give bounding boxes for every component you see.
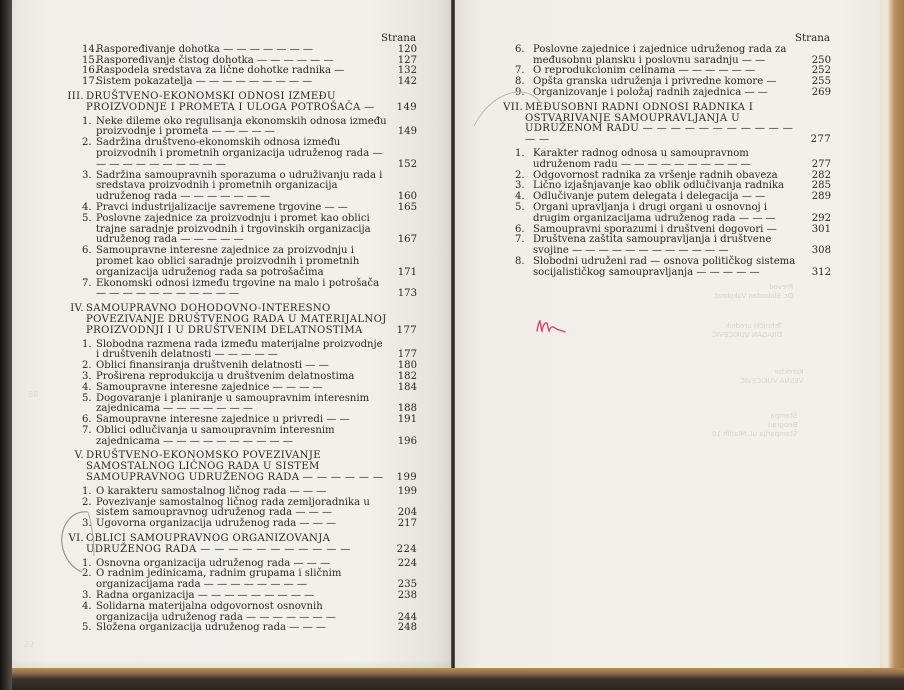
entry-page-number: 173 <box>387 289 417 300</box>
entry-page-number: 248 <box>387 623 417 634</box>
entry-title: Neke dileme oko regulisanja ekonomskih o… <box>96 117 387 139</box>
handwritten-mark-icon <box>535 317 567 337</box>
bleed-through-number: 22 <box>24 640 34 649</box>
toc-section-entry: 2.Povezivanje samostalnog ličnog rada ze… <box>62 498 417 520</box>
bleed-through-text: PrevodDr. Slobodan Vukobrat <box>715 283 793 301</box>
entry-title: Ekonomski odnosi između trgovine na malo… <box>96 279 387 301</box>
entry-title: Solidarna materijalna odgovornost osnovn… <box>96 602 387 624</box>
entry-page-number: 165 <box>387 203 417 214</box>
toc-chapter-entry: VII.MEĐUSOBNI RADNI ODNOSI RADNIKA I OST… <box>505 103 831 146</box>
entry-title: OBLICI SAMOUPRAVNOG ORGANIZOVANJA UDRUŽE… <box>86 534 387 556</box>
toc-section-entry: 7.Oblici odlučivanja u samoupravnim inte… <box>62 426 417 448</box>
entry-page-number: 277 <box>801 160 831 171</box>
entry-page-number: 142 <box>387 77 417 88</box>
toc-section-entry: 2.Sadržina društveno-ekonomskih odnosa i… <box>62 138 417 170</box>
entry-number: IV. <box>50 304 84 315</box>
entry-title: Sadržina samoupravnih sporazuma o udruži… <box>96 171 387 203</box>
entry-title: Slobodni udruženi rad — osnova političko… <box>533 257 801 279</box>
entry-title: Slobodna razmena rada između materijalne… <box>96 340 387 362</box>
entry-title: Dogovaranje i planiranje u samoupravnim … <box>96 394 387 416</box>
entry-number: III. <box>50 92 84 103</box>
toc-section-entry: 6.Samoupravne interesne zajednice za pro… <box>62 246 417 278</box>
entry-title: DRUŠTVENO-EKONOMSKI ODNOSI IZMEĐU PROIZV… <box>86 92 387 114</box>
entry-page-number: 301 <box>801 225 831 236</box>
entry-page-number: 199 <box>387 487 417 498</box>
toc-chapter-entry: V.DRUŠTVENO-EKONOMSKO POVEZIVANJE SAMOST… <box>62 451 417 483</box>
toc-section-entry: 3.Ugovorna organizacija udruženog rada —… <box>62 519 417 530</box>
entry-page-number: 289 <box>801 192 831 203</box>
toc-section-entry: 1.Slobodna razmena rada između materijal… <box>62 340 417 362</box>
entry-page-number: 152 <box>387 160 417 171</box>
toc-section-entry: 4.Solidarna materijalna odgovornost osno… <box>62 602 417 624</box>
toc-section-entry: 8.Slobodni udruženi rad — osnova politič… <box>505 257 831 279</box>
entry-page-number: 312 <box>801 268 831 279</box>
entry-page-number: 269 <box>801 88 831 99</box>
entry-page-number: 217 <box>387 519 417 530</box>
entry-page-number: 292 <box>801 214 831 225</box>
entry-title: O radnim jedinicama, radnim grupama i sl… <box>96 569 387 591</box>
toc-section-entry: 3.Sadržina samoupravnih sporazuma o udru… <box>62 171 417 203</box>
entry-page-number: 308 <box>801 246 831 257</box>
toc-section-entry: 6.Poslovne zajednice i zajednice udružen… <box>505 45 831 67</box>
entry-page-number: 224 <box>387 545 417 556</box>
entry-title: Sistem pokazatelja — — — — — — — — — <box>96 77 387 88</box>
entry-title: Organizovanje i položaj radnih zajednica… <box>533 88 801 99</box>
toc-left: Strana 14.Raspoređivanje dohotka — — — —… <box>62 33 417 634</box>
toc-section-entry: 5.Organi upravljanja i drugi organi u os… <box>505 203 831 225</box>
entry-title: MEĐUSOBNI RADNI ODNOSI RADNIKA I OSTVARI… <box>525 103 801 146</box>
toc-section-entry: 5.Dogovaranje i planiranje u samoupravni… <box>62 394 417 416</box>
toc-section-entry: 4.Samoupravne interesne zajednice — — — … <box>62 383 417 394</box>
toc-section-entry: 17.Sistem pokazatelja — — — — — — — — —1… <box>62 77 417 88</box>
entry-title: Društvena zaštita samoupravljanja i druš… <box>533 235 801 257</box>
toc-section-entry: 14.Raspoređivanje dohotka — — — — — — —1… <box>62 45 417 56</box>
toc-section-entry: 1.Karakter radnog odnosa u samoupravnom … <box>505 149 831 171</box>
entry-title: Raspoređivanje dohotka — — — — — — — <box>96 45 387 56</box>
entry-title: Samoupravne interesne zajednice za proiz… <box>96 246 387 278</box>
entry-page-number: 167 <box>387 235 417 246</box>
entry-title: Sadržina društveno-ekonomskih odnosa izm… <box>96 138 387 170</box>
entry-title: DRUŠTVENO-EKONOMSKO POVEZIVANJE SAMOSTAL… <box>86 451 387 483</box>
entry-page-number: 120 <box>387 45 417 56</box>
toc-chapter-entry: IV.SAMOUPRAVNO DOHODOVNO-INTERESNO POVEZ… <box>62 304 417 336</box>
entry-title: Povezivanje samostalnog ličnog rada zeml… <box>96 498 387 520</box>
entry-page-number: 177 <box>387 326 417 337</box>
book-spread: PrevodDr. Slobodan Vukobrat Tehnički ure… <box>0 0 904 690</box>
entry-page-number: 238 <box>387 591 417 602</box>
toc-section-entry: 9.Organizovanje i položaj radnih zajedni… <box>505 88 831 99</box>
toc-section-entry: 7.Društvena zaštita samoupravljanja i dr… <box>505 235 831 257</box>
toc-chapter-entry: VI.OBLICI SAMOUPRAVNOG ORGANIZOVANJA UDR… <box>62 534 417 556</box>
entry-page-number: 199 <box>387 473 417 484</box>
entry-title: Organi upravljanja i drugi organi u osno… <box>533 203 801 225</box>
entry-page-number: 149 <box>387 103 417 114</box>
entry-title: Poslovne zajednice i zajednice udruženog… <box>533 45 801 67</box>
entry-title: Oblici odlučivanja u samoupravnim intere… <box>96 426 387 448</box>
toc-section-entry: 2.O radnim jedinicama, radnim grupama i … <box>62 569 417 591</box>
page-column-header: Strana <box>505 33 831 44</box>
bleed-through-number: 88 <box>28 390 38 399</box>
bleed-through-text: Tehnički urednikDRAGAN VUKIĆEVIĆ <box>712 322 782 340</box>
pencil-mark-icon <box>470 86 550 130</box>
entry-title: Karakter radnog odnosa u samoupravnom ud… <box>533 149 801 171</box>
book-cover-right-edge <box>880 0 904 690</box>
book-cover-left-edge <box>0 0 12 690</box>
entry-title: Poslovne zajednice za proizvodnju i prom… <box>96 214 387 246</box>
pencil-mark-icon <box>58 508 96 574</box>
entry-title: SAMOUPRAVNO DOHODOVNO-INTERESNO POVEZIVA… <box>86 304 387 336</box>
book-bottom-edge <box>12 668 904 690</box>
entry-page-number: 224 <box>387 559 417 570</box>
entry-page-number: 149 <box>387 127 417 138</box>
toc-section-entry: 5.Poslovne zajednice za proizvodnju i pr… <box>62 214 417 246</box>
entry-number: V. <box>50 451 84 462</box>
entry-title: Samoupravne interesne zajednice — — — — <box>96 383 387 394</box>
bleed-through-text: KorektorVESNA VUKIĆEVIĆ <box>740 368 804 386</box>
toc-section-entry: 1.Neke dileme oko regulisanja ekonomskih… <box>62 117 417 139</box>
toc-right: Strana 6.Poslovne zajednice i zajednice … <box>505 33 831 279</box>
entry-page-number: 184 <box>387 383 417 394</box>
entry-page-number: 171 <box>387 268 417 279</box>
entry-title: Složena organizacija udruženog rada — — … <box>96 623 387 634</box>
entry-page-number: 191 <box>387 415 417 426</box>
toc-section-entry: 5.Složena organizacija udruženog rada — … <box>62 623 417 634</box>
toc-section-entry: 7.Ekonomski odnosi između trgovine na ma… <box>62 279 417 301</box>
entry-page-number: 196 <box>387 437 417 448</box>
bleed-through-text: ŠtampaBeogradŠtamparija ul. Mladih 10 <box>712 412 797 439</box>
entry-title: Ugovorna organizacija udruženog rada — —… <box>96 519 387 530</box>
entry-page-number: 277 <box>801 135 831 146</box>
toc-chapter-entry: III.DRUŠTVENO-EKONOMSKI ODNOSI IZMEĐU PR… <box>62 92 417 114</box>
page-column-header: Strana <box>62 33 417 44</box>
